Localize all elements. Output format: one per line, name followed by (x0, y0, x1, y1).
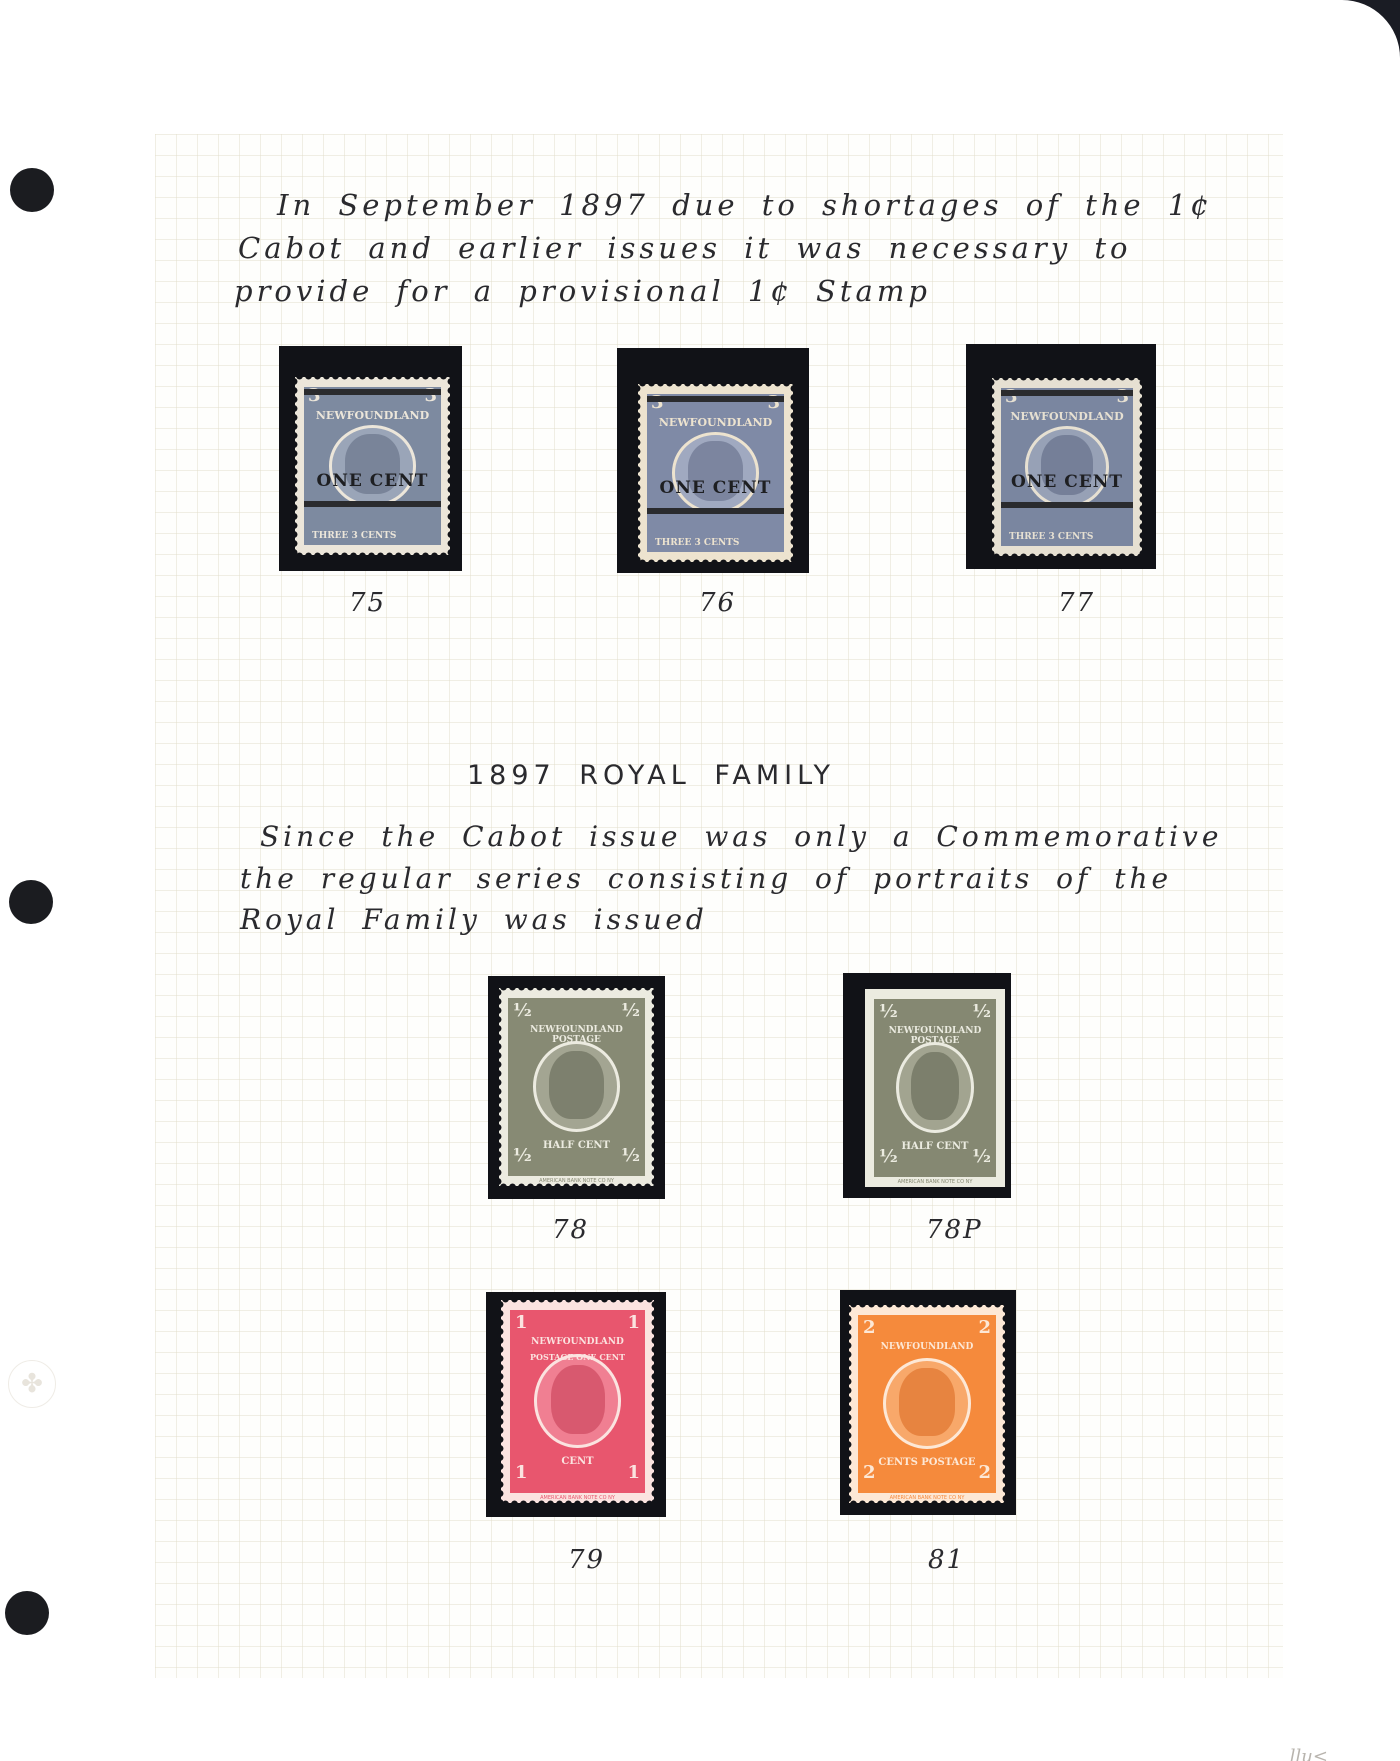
stamp-country: NEWFOUNDLAND (858, 1342, 996, 1352)
stamp-country: NEWFOUNDLAND (647, 416, 784, 429)
stamp-corner-value: 2 (978, 1462, 991, 1483)
catalog-number-76: 76 (699, 588, 736, 618)
stamp-country: NEWFOUNDLAND (304, 409, 441, 422)
stamp-imprint: AMERICAN BANK NOTE CO NY (849, 1495, 1005, 1501)
catalog-number-78p: 78P (926, 1215, 983, 1245)
paragraph1-line3: provide for a provisional 1¢ Stamp (234, 274, 931, 308)
catalog-number-78: 78 (552, 1215, 589, 1245)
stamp-country: NEWFOUNDLAND (510, 1337, 645, 1347)
stamp-country: NEWFOUNDLAND POSTAGE (508, 1025, 645, 1045)
stamp-overprint: ONE CENT (647, 478, 784, 498)
stamp-design: ½½NEWFOUNDLAND POSTAGEHALF CENT½½ (874, 999, 996, 1177)
stamp-overprint: ONE CENT (1001, 472, 1133, 492)
stamp-design: ½½NEWFOUNDLAND POSTAGEHALF CENT½½ (508, 998, 645, 1176)
stamp-bottom-text: THREE 3 CENTS (304, 531, 441, 541)
stamp-design: 11NEWFOUNDLANDPOSTAGE ONE CENTCENT11 (510, 1310, 645, 1493)
obliterating-bar (1001, 502, 1133, 508)
stamp-corner-value: 1 (515, 1312, 528, 1333)
stamp-bottom-text: THREE 3 CENTS (647, 538, 784, 548)
stamp-value-text: CENT (510, 1456, 645, 1467)
obliterating-bar (1001, 390, 1133, 396)
stamp-design: NEWFOUNDLAND33THREE 3 CENTSONE CENT (304, 387, 441, 545)
pencil-note: llu< (1290, 1746, 1328, 1761)
stamp-imprint: AMERICAN BANK NOTE CO NY (501, 1495, 654, 1501)
stamp-corner-value: 1 (627, 1462, 640, 1483)
stamp-78p: ½½NEWFOUNDLAND POSTAGEHALF CENT½½AMERICA… (865, 989, 1005, 1187)
catalog-number-77: 77 (1058, 588, 1095, 618)
stamp-79: 11NEWFOUNDLANDPOSTAGE ONE CENTCENT11AMER… (501, 1300, 654, 1503)
paragraph2-line3: Royal Family was issued (240, 903, 708, 936)
stamp-corner-value: 2 (978, 1317, 991, 1338)
stamp-country: NEWFOUNDLAND POSTAGE (874, 1026, 996, 1046)
portrait-icon (549, 1051, 604, 1119)
binder-hole-top (10, 168, 54, 212)
stamp-76: NEWFOUNDLAND33THREE 3 CENTSONE CENT (638, 384, 793, 562)
stamp-top-text: POSTAGE ONE CENT (510, 1352, 645, 1362)
paragraph1-line2: Cabot and earlier issues it was necessar… (238, 231, 1131, 265)
stamp-value-text: CENTS POSTAGE (858, 1457, 996, 1468)
stamp-78: ½½NEWFOUNDLAND POSTAGEHALF CENT½½AMERICA… (499, 988, 654, 1186)
stamp-corner-value: 1 (627, 1312, 640, 1333)
stamp-corner-value: ½ (972, 1146, 991, 1167)
stamp-design: 22NEWFOUNDLANDCENTS POSTAGE22 (858, 1315, 996, 1493)
stamp-corner-value: 1 (515, 1462, 528, 1483)
obliterating-bar (304, 389, 441, 395)
portrait-icon (911, 1052, 960, 1120)
page-corner (1340, 0, 1400, 60)
maple-leaf-watermark-icon: ✤ (8, 1360, 56, 1408)
portrait-icon (551, 1365, 605, 1435)
stamp-77: NEWFOUNDLAND33THREE 3 CENTSONE CENT (992, 378, 1142, 556)
catalog-number-81: 81 (928, 1545, 965, 1575)
stamp-overprint: ONE CENT (304, 471, 441, 491)
binder-hole-middle (9, 880, 53, 924)
stamp-corner-value: ½ (513, 1145, 532, 1166)
stamp-imprint: AMERICAN BANK NOTE CO NY (865, 1179, 1005, 1185)
obliterating-bar (647, 396, 784, 402)
stamp-corner-value: 2 (863, 1462, 876, 1483)
catalog-number-79: 79 (568, 1545, 605, 1575)
section-heading: 1897 ROYAL FAMILY (467, 760, 835, 791)
stamp-corner-value: 2 (863, 1317, 876, 1338)
stamp-corner-value: ½ (621, 1000, 640, 1021)
paragraph2-line1: Since the Cabot issue was only a Commemo… (260, 820, 1222, 853)
stamp-corner-value: ½ (621, 1145, 640, 1166)
stamp-imprint: AMERICAN BANK NOTE CO NY (499, 1178, 654, 1184)
stamp-corner-value: ½ (972, 1001, 991, 1022)
stamp-corner-value: ½ (879, 1001, 898, 1022)
stamp-81: 22NEWFOUNDLANDCENTS POSTAGE22AMERICAN BA… (849, 1305, 1005, 1503)
catalog-number-75: 75 (349, 588, 386, 618)
paragraph2-line2: the regular series consisting of portrai… (240, 862, 1172, 895)
stamp-bottom-text: THREE 3 CENTS (1001, 532, 1133, 542)
stamp-corner-value: ½ (879, 1146, 898, 1167)
portrait-icon (899, 1368, 954, 1436)
binder-hole-bottom (5, 1591, 49, 1635)
stamp-75: NEWFOUNDLAND33THREE 3 CENTSONE CENT (295, 377, 450, 555)
obliterating-bar (647, 508, 784, 514)
paragraph1-line1: In September 1897 due to shortages of th… (277, 188, 1213, 222)
obliterating-bar (304, 501, 441, 507)
stamp-corner-value: ½ (513, 1000, 532, 1021)
stamp-design: NEWFOUNDLAND33THREE 3 CENTSONE CENT (647, 394, 784, 552)
stamp-design: NEWFOUNDLAND33THREE 3 CENTSONE CENT (1001, 388, 1133, 546)
stamp-country: NEWFOUNDLAND (1001, 410, 1133, 423)
